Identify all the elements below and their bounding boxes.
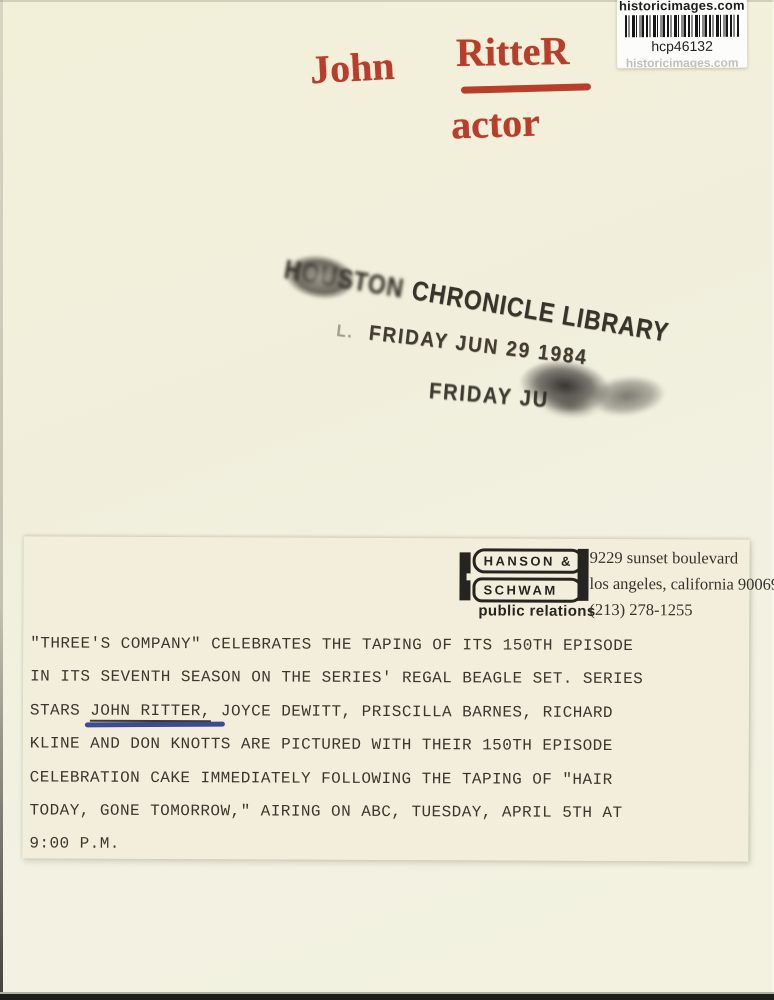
typed-caption: "THREE'S COMPANY" CELEBRATES THE TAPING … [29, 634, 745, 871]
caption-line-3-before: STARS [30, 701, 90, 719]
caption-line-3-underlined: JOHN RITTER, [90, 701, 211, 720]
photo-back-scan: historicimages.com hcp46132 historicimag… [0, 0, 774, 1000]
caption-line-3-after: JOYCE DEWITT, PRISCILLA BARNES, RICHARD [211, 702, 613, 722]
handwritten-last-name: RitteR [456, 27, 570, 76]
hanson-schwam-logo: HANSON & SCHWAM [459, 548, 589, 603]
caption-line-2: IN ITS SEVENTH SEASON ON THE SERIES' REG… [30, 668, 745, 705]
address-city: los angeles, california 90069 [589, 571, 774, 598]
logo-hanson-box: HANSON & [473, 548, 584, 573]
barcode-faded-text: historicimages.com [617, 56, 747, 69]
library-stamp-smudged-word: HOUSTON [282, 254, 406, 304]
library-stamp-date-prefix: L. [336, 322, 355, 342]
agency-address: 9229 sunset boulevard los angeles, calif… [589, 545, 774, 624]
caption-line-4: KLINE AND DON KNOTTS ARE PICTURED WITH T… [30, 735, 745, 772]
barcode-site-text: historicimages.com [617, 0, 747, 13]
ink-blot-light [586, 372, 668, 420]
press-caption-card: HANSON & SCHWAM public relations 9229 su… [22, 536, 749, 861]
address-street: 9229 sunset boulevard [590, 545, 774, 572]
handwritten-first-name: John [309, 42, 396, 93]
scan-edge-left [0, 0, 3, 1000]
caption-line-1: "THREE'S COMPANY" CELEBRATES THE TAPING … [30, 634, 745, 671]
caption-line-7: 9:00 P.M. [29, 835, 744, 872]
handwritten-role: actor [450, 98, 540, 148]
caption-line-5: CELEBRATION CAKE IMMEDIATELY FOLLOWING T… [30, 768, 745, 805]
underlined-john-ritter: JOHN RITTER, [90, 701, 211, 722]
address-phone: (213) 278-1255 [589, 597, 774, 624]
barcode-icon [625, 15, 739, 38]
barcode-code-text: hcp46132 [617, 38, 747, 55]
logo-right-bar [578, 549, 589, 601]
blue-pen-underline [85, 722, 225, 727]
logo-left-bar [459, 552, 470, 600]
library-stamp-second-date: FRIDAY JU [428, 379, 550, 414]
logo-tagline: public relations [478, 602, 595, 620]
caption-line-3: STARS JOHN RITTER, JOYCE DEWITT, PRISCIL… [30, 701, 745, 738]
caption-line-6: TODAY, GONE TOMORROW," AIRING ON ABC, TU… [29, 801, 744, 838]
handwritten-underline [461, 83, 591, 93]
barcode-label: historicimages.com hcp46132 historicimag… [617, 0, 747, 68]
logo-schwam-box: SCHWAM [472, 577, 583, 602]
scan-edge-bottom [0, 992, 774, 1000]
